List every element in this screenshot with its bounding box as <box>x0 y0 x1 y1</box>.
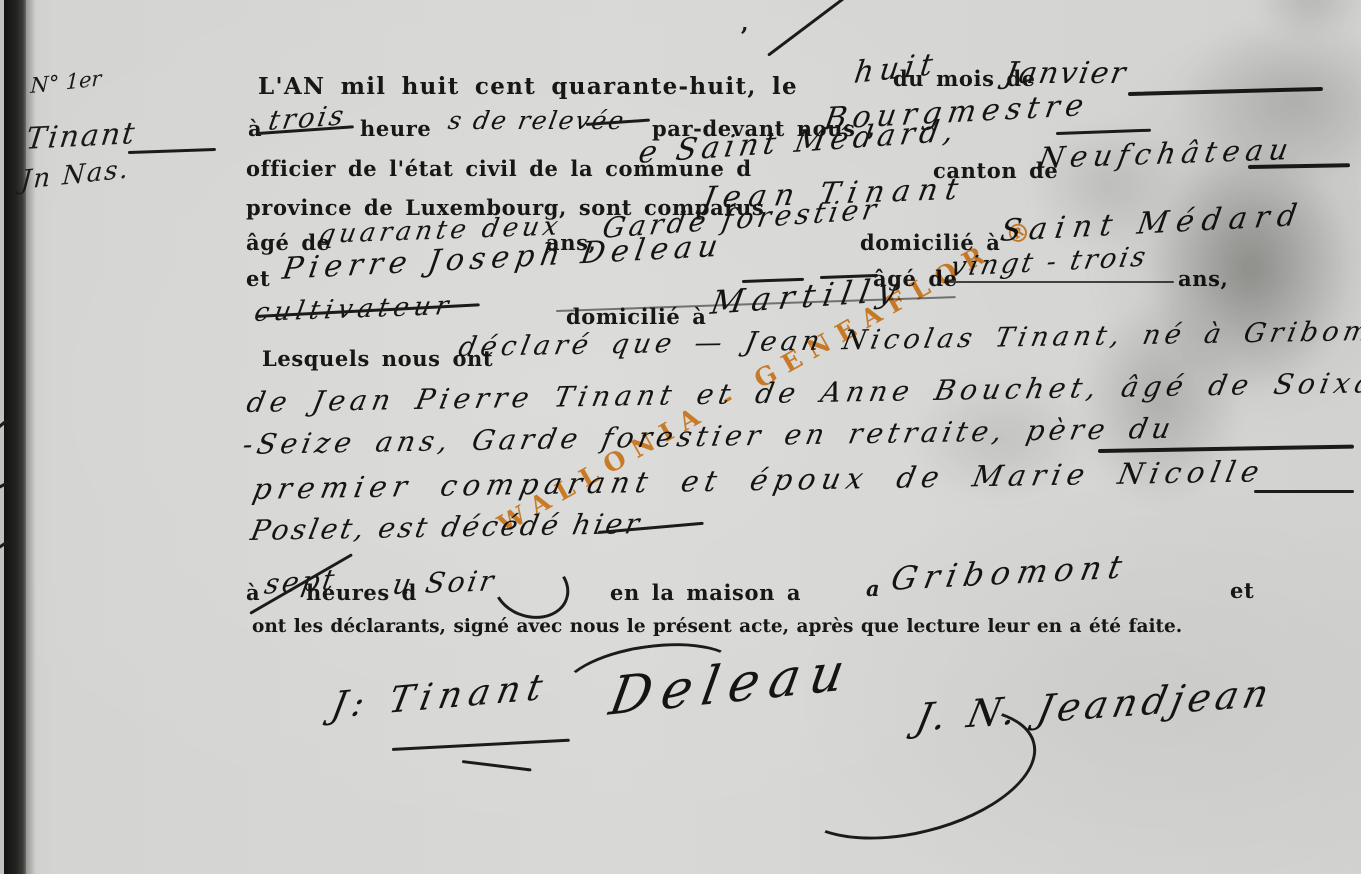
signature-flourish <box>392 739 570 751</box>
signature-tinant: J: Tinant <box>328 666 553 727</box>
handwritten-entry-month: Janvier <box>1002 56 1130 91</box>
signature-bourgmestre: J. N. Jeandjean <box>912 670 1278 740</box>
signature-flourish <box>462 760 532 771</box>
ink-flourish <box>767 0 850 57</box>
handwritten-entry: u Soir <box>390 564 499 601</box>
handwritten-declaration: premier comparant et époux de Marie Nico… <box>250 454 1268 506</box>
printed-text: à <box>246 580 260 605</box>
margin-given-names: Jn Nas. <box>20 154 131 196</box>
printed-text: heure <box>360 116 431 141</box>
binding-strip <box>4 0 26 874</box>
printed-text: à <box>248 116 262 141</box>
printed-text: en la maison a <box>610 580 801 605</box>
ink-flourish <box>1098 445 1354 453</box>
printed-text: et <box>246 266 270 291</box>
handwritten-entry-place-of-death: Gribomont <box>888 547 1132 598</box>
ink-mark: ’ <box>740 22 748 51</box>
scanned-record-page: ’ N° 1er Tinant Jn Nas. L'AN mil huit ce… <box>0 0 1361 874</box>
printed-text: a <box>866 576 880 601</box>
printed-text: ont les déclarants, signé avec nous le p… <box>252 616 1182 637</box>
handwritten-declaration: Poslet, est décédé hier <box>248 507 645 547</box>
margin-surname: Tinant <box>24 116 138 157</box>
ink-flourish <box>1128 87 1323 96</box>
printed-text: L'AN mil huit cent quarante-huit, le <box>258 73 798 100</box>
handwritten-entry-domicile1: Saint Médard <box>998 198 1307 249</box>
ink-flourish <box>1056 129 1151 135</box>
margin-flourish <box>128 148 216 154</box>
handwritten-entry: s de relevée <box>446 106 628 135</box>
printed-text: ans, <box>1178 266 1228 291</box>
margin-record-number: N° 1er <box>30 66 102 98</box>
ink-flourish <box>1248 163 1350 168</box>
handwritten-entry-canton: Neufchâteau <box>1036 132 1297 175</box>
printed-text: et <box>1230 578 1254 603</box>
handwritten-declaration: de Jean Pierre Tinant et de Anne Bouchet… <box>244 365 1361 419</box>
ink-flourish <box>1254 490 1354 493</box>
